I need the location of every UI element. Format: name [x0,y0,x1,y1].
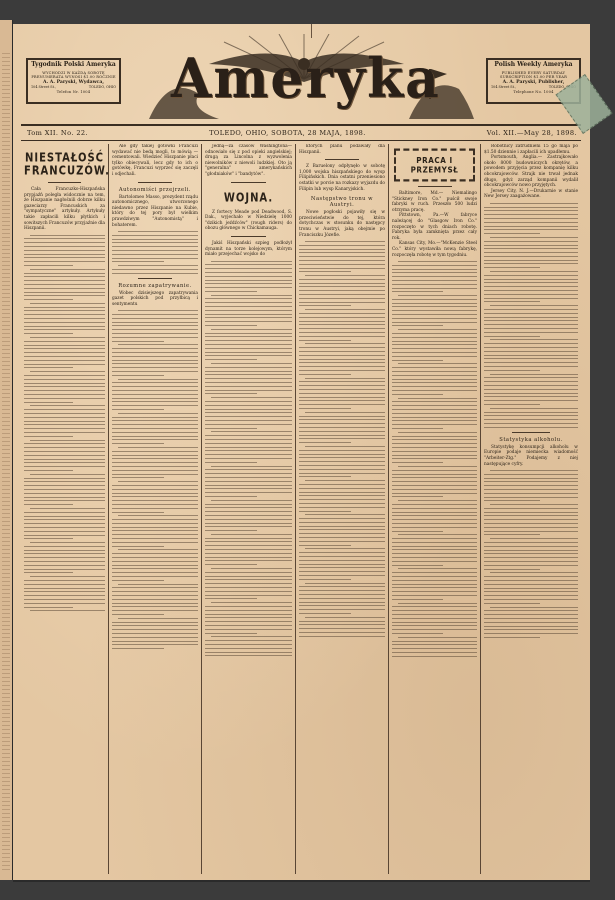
text-line [205,450,292,451]
ear-address-city: TOLEDO, OHIO [89,86,116,90]
text-line [205,564,257,565]
text-line [118,344,198,345]
text-line [299,381,385,382]
text-line [392,455,477,456]
text-line [484,588,578,589]
text-line [211,329,292,330]
text-line [484,550,578,551]
text-line [484,523,578,524]
text-line [205,371,292,372]
text-line [112,235,198,236]
text-line [299,286,385,287]
column-6: Robotnicy zatrudnieni 15 go maja po $1.5… [481,144,581,874]
text-line [398,363,477,364]
text-line [205,496,257,497]
text-line [118,231,198,232]
article-subhead: Statystyka alkoholu. [484,437,578,443]
text-line [24,523,105,524]
text-line [205,598,257,599]
adjacent-page-edge [0,20,13,880]
text-line [490,305,578,306]
text-line [299,560,385,561]
text-line [484,210,578,211]
text-line [392,276,477,277]
text-line [299,613,351,614]
text-line [24,516,105,517]
text-line [112,595,198,596]
article-text: Wobec dzisiejszego zapatrywania gazet po… [112,291,198,308]
text-line [112,394,198,395]
text-line [484,512,578,513]
text-line [299,632,385,633]
volume-polish: Tom XII. No. 22. [27,129,88,137]
text-line [484,580,578,581]
text-line [305,446,385,447]
text-line [112,470,198,471]
text-line [299,385,385,386]
text-line [24,295,105,296]
text-line [24,398,105,399]
text-line [392,390,477,391]
text-line [30,303,105,304]
divider [231,236,266,237]
text-line [484,599,578,600]
masthead-ear-polish: Tygodnik Polski Ameryka WYCHODZI W KAŻDĄ… [26,58,121,104]
text-line [484,362,578,363]
text-line [24,572,73,573]
text-line [205,462,257,463]
text-line [24,531,105,532]
text-line [484,591,578,592]
text-line [398,466,477,467]
text-line [24,569,105,570]
text-line [299,355,385,356]
text-line [484,309,578,310]
text-line [398,637,477,638]
text-line [484,229,578,230]
text-line [392,356,477,357]
text-line [24,333,73,334]
text-line [484,622,578,623]
text-line [24,383,105,384]
text-line [24,603,105,604]
place-date: TOLEDO, OHIO, SOBOTA, 28 MAJA, 1898. [209,129,366,137]
text-line [299,488,385,489]
text-line [30,440,105,441]
text-line [484,351,578,352]
text-line [205,435,292,436]
text-line [392,424,477,425]
text-line [392,496,443,497]
text-line [299,366,385,367]
text-line [392,314,477,315]
text-line [484,355,578,356]
text-line [24,261,105,262]
text-line [112,576,198,577]
text-line [205,382,292,383]
text-line [490,572,578,573]
text-line [24,443,105,444]
text-line [118,618,198,619]
text-line [299,416,385,417]
text-line [299,332,385,333]
text-line [205,538,292,539]
masthead: Tygodnik Polski Ameryka WYCHODZI W KAŻDĄ… [21,34,581,126]
text-line [24,394,105,395]
text-line [392,549,477,550]
text-line [299,290,385,291]
text-line [299,552,385,553]
text-line [112,443,164,444]
text-line [24,284,105,285]
text-line [392,561,477,562]
text-line [205,412,292,413]
text-line [392,428,443,429]
text-line [112,409,164,410]
text-line [484,610,578,611]
text-line [392,648,477,649]
text-line [24,310,105,311]
column-4: których planu podawały dla Hiszpanii. Z … [296,144,389,874]
text-line [484,324,578,325]
text-line [398,329,477,330]
text-line [24,527,105,528]
text-line [205,317,292,318]
text-line [24,299,73,300]
text-line [24,504,73,505]
text-line [484,320,578,321]
text-line [112,250,198,251]
text-line [305,241,385,242]
text-line [205,333,292,334]
text-line [24,375,105,376]
text-line [484,298,578,299]
text-line [24,356,105,357]
text-line [112,348,198,349]
article-text: których planu podawały dla Hiszpanii. [299,144,385,155]
text-line [484,626,578,627]
text-line [205,409,292,410]
text-line [392,447,477,448]
text-line [24,367,73,368]
text-line [392,644,477,645]
text-line [299,264,385,265]
text-line [299,473,385,474]
text-line [112,504,198,505]
divider [138,278,172,279]
text-line [24,478,105,479]
section-header-box: PRACA I PRZEMYSŁ [394,149,475,182]
text-line [205,655,292,656]
text-line [299,526,385,527]
text-line [205,629,292,630]
text-line [484,377,578,378]
text-line [112,246,198,247]
text-line [484,404,540,405]
dateline: Tom XII. No. 22. TOLEDO, OHIO, SOBOTA, 2… [27,127,577,139]
text-line [484,226,578,227]
text-line [484,328,578,329]
text-line [24,254,105,255]
text-line [211,534,292,535]
text-line [392,610,477,611]
text-line [112,546,164,547]
text-line [205,420,292,421]
text-line [205,614,292,615]
ear-phone: Telefon Nr. 1004 [31,90,116,94]
text-line [299,575,385,576]
text-line [299,321,385,322]
text-line [112,432,198,433]
text-line [112,508,198,509]
text-line [205,591,292,592]
text-line [299,628,385,629]
text-line [112,356,198,357]
text-line [205,610,292,611]
text-line [398,398,477,399]
text-line [118,265,198,266]
text-line [205,606,292,607]
text-line [392,546,477,547]
article-text-filler [484,203,578,428]
text-line [112,489,198,490]
text-line [392,405,477,406]
text-line [484,381,578,382]
text-line [484,542,578,543]
article-text: Robotnicy zatrudnieni 15 go maja po $1.5… [484,144,578,155]
text-line [112,599,198,600]
text-line [484,500,540,501]
text-line [305,309,385,310]
text-line [392,580,477,581]
text-line [112,633,198,634]
text-line [299,503,385,504]
text-line [118,447,198,448]
text-line [299,324,385,325]
text-line [484,519,578,520]
text-line [205,401,292,402]
text-line [392,527,477,528]
masthead-title: Ameryka [171,46,431,110]
text-line [392,352,477,353]
text-line [24,352,105,353]
text-line [392,587,477,588]
text-line [24,273,105,274]
text-line [392,367,477,368]
text-line [299,465,385,466]
text-line [392,629,477,630]
text-line [205,640,292,641]
text-line [299,454,385,455]
text-line [484,389,578,390]
text-line [484,370,540,371]
ear-line: SUBSCRIPTION $1.00 PER YEAR [491,75,576,79]
text-line [205,492,292,493]
text-line [299,279,385,280]
text-line [112,553,198,554]
text-line [299,594,385,595]
text-line [205,393,257,394]
text-line [112,527,198,528]
text-line [205,439,292,440]
text-line [205,348,292,349]
text-line [205,276,292,277]
text-line [205,485,292,486]
text-line [24,307,105,308]
article-text-filler [484,470,578,638]
text-line [112,572,198,573]
text-line [392,557,477,558]
text-line [112,451,198,452]
text-line [484,313,578,314]
text-line [392,291,443,292]
text-line [112,614,164,615]
text-line [484,347,578,348]
column-2: Ale gdy takiej gotówki Francuzi wydawać … [109,144,202,874]
text-line [484,569,540,570]
text-line [392,599,443,600]
text-line [484,252,578,253]
text-line [392,493,477,494]
text-line [205,310,292,311]
text-line [205,644,292,645]
text-line [205,374,292,375]
text-line [112,485,198,486]
text-line [118,413,198,414]
text-line [112,341,164,342]
text-line [392,584,477,585]
text-line [24,421,105,422]
ear-address-street: 104 Street St., [491,86,516,90]
text-line [392,477,477,478]
text-line [490,339,578,340]
text-line [30,337,105,338]
text-line [490,470,578,471]
text-line [112,637,198,638]
text-line [392,633,443,634]
text-line [484,207,578,208]
text-line [112,603,198,604]
article-text: Statystykę konsumpcji alkoholu w Europie… [484,445,578,467]
text-line [112,610,198,611]
text-line [305,378,385,379]
page-shadow [13,880,590,882]
text-line [205,336,292,337]
text-line [392,303,477,304]
text-line [112,417,198,418]
text-line [299,457,385,458]
text-line [112,390,198,391]
text-line [205,314,292,315]
newspaper-page: Tygodnik Polski Ameryka WYCHODZI W KAŻDĄ… [13,24,590,880]
text-line [112,622,198,623]
text-line [24,546,105,547]
text-line [392,318,477,319]
text-line [484,618,578,619]
text-line [205,621,292,622]
article-text: Z fortecy Meade pod Deadwood, S. Dak., w… [205,210,292,232]
text-line [24,459,105,460]
text-line [299,537,385,538]
text-line [30,508,105,509]
text-line [392,641,477,642]
text-line [392,409,477,410]
text-line [398,500,477,501]
text-line [484,332,578,333]
text-line [392,360,443,361]
text-line [24,493,105,494]
text-line [484,489,578,490]
text-line [24,413,105,414]
text-line [30,235,105,236]
text-line [299,423,385,424]
text-line [299,556,385,557]
text-line [24,561,105,562]
text-line [112,439,198,440]
text-line [392,614,477,615]
text-line [211,466,292,467]
text-line [299,268,385,269]
text-line [392,508,477,509]
text-line [484,336,540,337]
text-line [24,329,105,330]
text-line [112,477,164,478]
text-line [24,409,105,410]
text-line [112,363,198,364]
text-line [112,322,198,323]
text-line [205,633,257,634]
text-line [299,571,385,572]
text-line [392,299,477,300]
article-subhead: Następstwo tronu w Austryi. [299,196,385,208]
text-line [112,580,164,581]
text-line [392,538,477,539]
text-line [398,432,477,433]
text-line [24,292,105,293]
text-line [205,504,292,505]
text-line [392,436,477,437]
masthead-rule [21,124,581,126]
text-line [112,382,198,383]
text-line [112,318,198,319]
text-line [205,488,292,489]
text-line [484,256,578,257]
text-line [299,586,385,587]
text-line [24,314,105,315]
text-line [30,405,105,406]
text-line [305,514,385,515]
text-line [118,310,198,311]
text-line [112,314,198,315]
article-subhead: Rozumne zapatrywanie. [112,283,198,289]
article-text-filler [112,231,198,274]
text-line [211,295,292,296]
text-line [112,458,198,459]
text-line [112,500,198,501]
text-line [484,412,578,413]
text-line [392,341,477,342]
text-line [30,371,105,372]
text-line [299,302,385,303]
text-line [392,606,477,607]
text-line [24,348,105,349]
text-line [484,248,578,249]
text-line [24,379,105,380]
text-line [484,493,578,494]
text-line [484,233,540,234]
text-line [484,576,578,577]
article-text: Bartolomeo Masso, prezydent rządu autono… [112,195,198,229]
